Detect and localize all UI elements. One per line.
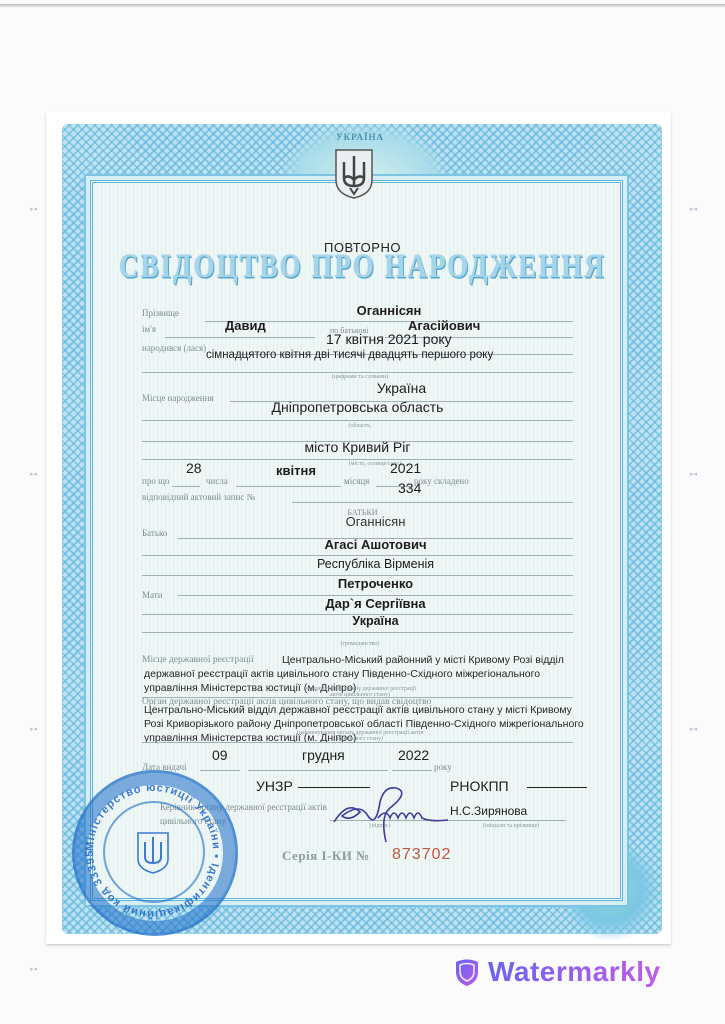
record-number: 334 [398,480,421,496]
official-name: Н.С.Зирянова [450,804,527,818]
record-label: відповідний актовий запис № [142,492,255,502]
country-label: УКРАЇНА [310,132,410,142]
scan-artifact: ▸◂ [690,205,697,213]
official-seal: Міністерство юстиції України • Ідентифік… [72,770,238,936]
father-surname: Оганнісян [178,514,573,529]
trident-icon [332,148,376,200]
scan-artifact: ▸◂ [30,470,37,478]
birth-country: Україна [230,380,573,396]
issue-month: грудня [302,747,345,763]
record-day: 28 [186,460,202,476]
record-year: 2021 [390,460,421,476]
shield-icon [454,957,480,987]
scan-artifact: ▸◂ [690,470,697,478]
mother-label: Мати [142,590,163,600]
mother-surname: Петроченко [178,576,573,591]
certificate-number: 873702 [392,846,451,864]
child-name: Давид [225,318,266,333]
father-name: Агасі Ашотович [178,537,573,552]
surname-label: Прізвище [142,308,179,318]
father-citizenship: Республіка Вірменія [178,557,573,571]
about-label: про що [142,476,170,486]
citizenship-hint: (громадянство) [310,641,410,647]
name-label: ім'я [142,324,156,334]
series-label: Серія І-КИ № [282,848,370,864]
child-surname: Оганнісян [205,303,573,318]
unzr-label: УНЗР [256,778,293,794]
seal-trident-icon [135,831,171,875]
issuer-hint: (найменування органу державної реєстраці… [290,730,430,742]
scan-artifact: ▸◂ [30,725,37,733]
father-label: Батько [142,528,167,538]
watermark-text: Watermarkly [488,956,661,988]
region-hint: (область, [310,423,410,429]
watermark: Watermarkly [454,954,661,990]
birth-date-words: сімнадцятого квітня дві тисячі двадцять … [206,349,493,361]
initials-hint: (ініціали та прізвище) [456,823,566,829]
record-month: квітня [276,463,316,478]
mother-citizenship: Україна [178,614,573,628]
day-label: числа [206,476,228,486]
document-title: СВІДОЦТВО ПРО НАРОДЖЕННЯ [0,247,725,286]
scan-artifact: ▸◂ [690,725,697,733]
mother-name: Дар`я Сергіївна [178,596,573,611]
born-label: народився (лася) [142,343,206,353]
month-label: місяця [344,476,369,486]
scan-artifact: ▸◂ [30,965,37,973]
scan-artifact: ▸◂ [30,205,37,213]
birth-city: місто Кривий Ріг [142,439,573,455]
issue-year-label: року [434,762,452,772]
birth-date-digits: 17 квітня 2021 року [326,331,452,347]
year-made-label: року складено [414,476,469,486]
scan-edge [0,4,725,8]
issue-day: 09 [212,747,228,763]
birth-region: Дніпропетровська область [142,399,573,415]
issue-year: 2022 [398,747,429,763]
signature-icon [320,782,460,852]
